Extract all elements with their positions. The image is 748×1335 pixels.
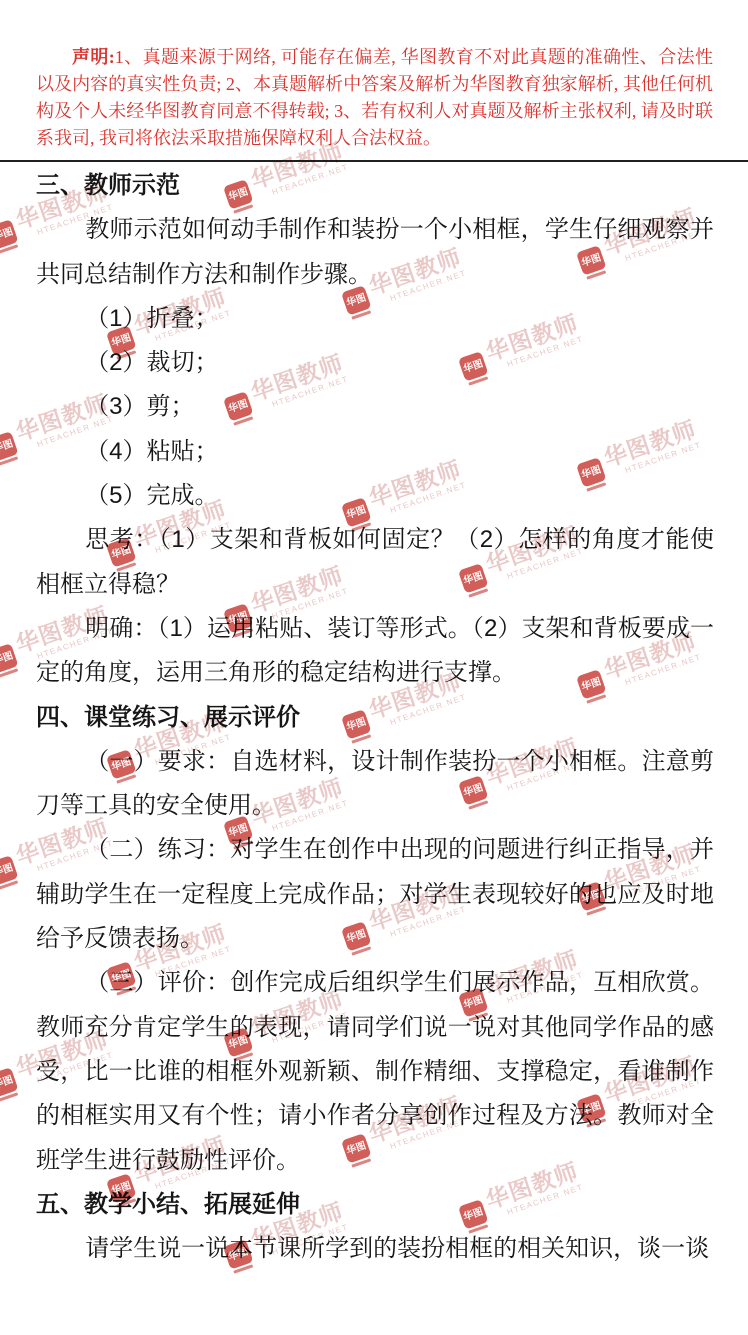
- watermark-logo-caption: [0, 668, 18, 677]
- list-item: （1）折叠；: [36, 297, 714, 341]
- list-item: （5）完成。: [36, 474, 714, 518]
- watermark-logo-caption: [0, 456, 18, 465]
- watermark-logo-icon: 华图: [0, 431, 20, 466]
- watermark-logo-caption: [0, 244, 18, 253]
- watermark-logo-glyph: 华图: [0, 855, 18, 886]
- disclaimer-label: 声明:: [72, 47, 115, 67]
- section-heading: 五、教学小结、拓展延伸: [36, 1183, 714, 1227]
- section-heading: 四、课堂练习、展示评价: [36, 696, 714, 740]
- disclaimer-text: 声明:1、真题来源于网络, 可能存在偏差, 华图教育不对此真题的准确性、合法性以…: [36, 44, 713, 152]
- list-item: （4）粘贴；: [36, 430, 714, 474]
- paragraph: （二）练习：对学生在创作中出现的问题进行纠正指导，并辅助学生在一定程度上完成作品…: [36, 828, 714, 961]
- lesson-plan-content: 三、教师示范教师示范如何动手制作和装扮一个小相框，学生仔细观察并共同总结制作方法…: [36, 162, 714, 1271]
- watermark-logo-caption: [0, 1092, 18, 1101]
- paragraph: 思考：（1）支架和背板如何固定？（2）怎样的角度才能使相框立得稳？: [36, 518, 714, 607]
- watermark-logo-icon: 华图: [0, 1067, 20, 1102]
- paragraph: 明确：（1）运用粘贴、装订等形式。（2）支架和背板要成一定的角度，运用三角形的稳…: [36, 607, 714, 696]
- watermark-logo-glyph: 华图: [0, 1067, 18, 1098]
- document-page: { "page": { "background": "#ffffff", "di…: [0, 0, 748, 1335]
- paragraph: 请学生说一说本节课所学到的装扮相框的相关知识，谈一谈: [36, 1227, 714, 1271]
- watermark-logo-glyph: 华图: [0, 219, 18, 250]
- list-item: （2）裁切；: [36, 341, 714, 385]
- watermark-logo-icon: 华图: [0, 855, 20, 890]
- paragraph: （三）评价：创作完成后组织学生们展示作品，互相欣赏。教师充分肯定学生的表现，请同…: [36, 961, 714, 1182]
- watermark-logo-caption: [0, 880, 18, 889]
- disclaimer-body: 1、真题来源于网络, 可能存在偏差, 华图教育不对此真题的准确性、合法性以及内容…: [36, 47, 713, 148]
- watermark-logo-icon: 华图: [0, 219, 20, 254]
- watermark-logo-icon: 华图: [0, 643, 20, 678]
- list-item: （3）剪；: [36, 385, 714, 429]
- section-heading: 三、教师示范: [36, 164, 714, 208]
- paragraph: 教师示范如何动手制作和装扮一个小相框，学生仔细观察并共同总结制作方法和制作步骤。: [36, 208, 714, 297]
- watermark-logo-glyph: 华图: [0, 643, 18, 674]
- watermark-logo-glyph: 华图: [0, 431, 18, 462]
- paragraph: （一）要求：自选材料，设计制作装扮一个小相框。注意剪刀等工具的安全使用。: [36, 740, 714, 829]
